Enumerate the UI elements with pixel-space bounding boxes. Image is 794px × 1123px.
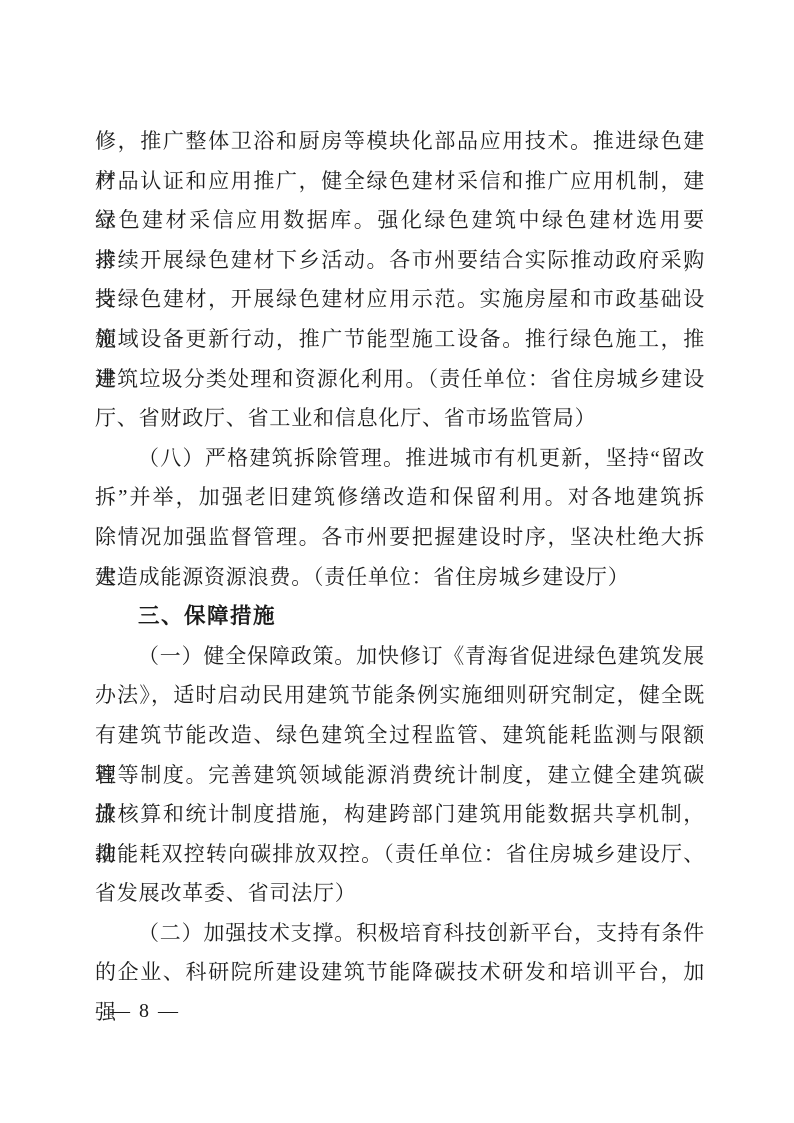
- body-line paragraph-start: （一）健全保障政策。加快修订《青海省促进绿色建筑发展: [95, 637, 705, 677]
- body-line: 建造成能源资源浪费。（责任单位：省住房城乡建设厅）: [95, 558, 705, 598]
- body-line: 动能耗双控转向碳排放双控。（责任单位：省住房城乡建设厅、: [95, 835, 705, 875]
- body-line: 持续开展绿色建材下乡活动。各市州要结合实际推动政府采购支: [95, 241, 705, 281]
- body-line paragraph-start: （八）严格建筑拆除管理。推进城市有机更新，坚持“留改: [95, 439, 705, 479]
- body-line: 修，推广整体卫浴和厨房等模块化部品应用技术。推进绿色建材: [95, 122, 705, 162]
- body-line: 拆”并举，加强老旧建筑修缮改造和保留利用。对各地建筑拆: [95, 478, 705, 518]
- body-line: 放核算和统计制度措施，构建跨部门建筑用能数据共享机制，推: [95, 795, 705, 835]
- body-line: 厅、省财政厅、省工业和信息化厅、省市场监管局）: [95, 399, 705, 439]
- section-heading: 三、保障措施: [95, 597, 705, 637]
- body-line: 领域设备更新行动，推广节能型施工设备。推行绿色施工，推进: [95, 320, 705, 360]
- body-line: 有建筑节能改造、绿色建筑全过程监管、建筑能耗监测与限额管: [95, 716, 705, 756]
- body-line: 除情况加强监督管理。各市州要把握建设时序，坚决杜绝大拆大: [95, 518, 705, 558]
- document-body: 修，推广整体卫浴和厨房等模块化部品应用技术。推进绿色建材 产品认证和应用推广，健…: [95, 122, 705, 993]
- body-line: 省发展改革委、省司法厅）: [95, 874, 705, 914]
- body-line: 办法》，适时启动民用建筑节能条例实施细则研究制定，健全既: [95, 676, 705, 716]
- page-number: — 8 —: [110, 1000, 180, 1023]
- document-page: 修，推广整体卫浴和厨房等模块化部品应用技术。推进绿色建材 产品认证和应用推广，健…: [0, 0, 794, 1123]
- body-line: 持绿色建材，开展绿色建材应用示范。实施房屋和市政基础设施: [95, 280, 705, 320]
- body-line: 理等制度。完善建筑领域能源消费统计制度，建立健全建筑碳排: [95, 756, 705, 796]
- body-line: 建筑垃圾分类处理和资源化利用。（责任单位：省住房城乡建设: [95, 360, 705, 400]
- body-line: 绿色建材采信应用数据库。强化绿色建筑中绿色建材选用要求，: [95, 201, 705, 241]
- body-line: 产品认证和应用推广，健全绿色建材采信和推广应用机制，建立: [95, 162, 705, 202]
- body-line: 的企业、科研院所建设建筑节能降碳技术研发和培训平台，加强: [95, 953, 705, 993]
- body-line paragraph-start: （二）加强技术支撑。积极培育科技创新平台，支持有条件: [95, 914, 705, 954]
